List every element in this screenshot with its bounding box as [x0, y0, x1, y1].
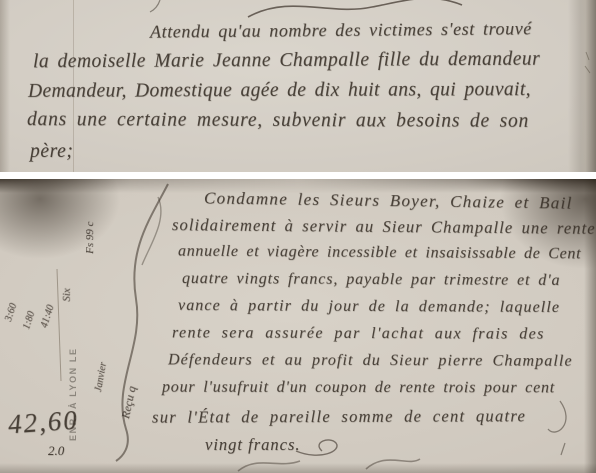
manuscript-line: sur l'État de pareille somme de cent qua… — [152, 406, 526, 427]
manuscript-line: Défendeurs et au profit du Sieur pierre … — [168, 351, 573, 370]
manuscript-line: Attendu qu'au nombre des victimes s'est … — [150, 18, 532, 42]
margin-amount: 1:80 — [21, 310, 37, 331]
manuscript-line: annuelle et viagère incessible et insais… — [178, 243, 581, 264]
manuscript-scan: Attendu qu'au nombre des victimes s'est … — [0, 0, 596, 473]
manuscript-line: dans une certaine mesure, subvenir aux b… — [27, 109, 529, 133]
manuscript-line: Demandeur, Domestique agée de dix huit a… — [28, 79, 531, 103]
manuscript-line: père; — [30, 141, 73, 163]
manuscript-line: rente sera assurée par l'achat aux frais… — [172, 324, 545, 343]
margin-amount: 41:40 — [39, 304, 57, 330]
margin-big-amount: 42,60 — [7, 405, 80, 441]
photo-separator — [0, 172, 596, 179]
manuscript-line: Condamne les Sieurs Boyer, Chaize et Bai… — [204, 188, 573, 213]
top-photo-left-shadow — [0, 0, 10, 172]
manuscript-line: vance à partir du jour de la demande; la… — [178, 297, 560, 317]
margin-fee-figures: Fs 99 c — [84, 222, 96, 254]
margin-amount: 3:60 — [3, 302, 19, 323]
top-photo-right-page-edge — [568, 0, 596, 172]
manuscript-line: vingt francs. — [205, 435, 301, 455]
manuscript-line: solidairement à servir au Sieur Champall… — [172, 215, 596, 239]
manuscript-line: la demoiselle Marie Jeanne Champalle fil… — [33, 49, 540, 74]
bottom-photo-bottom-shadow — [0, 463, 596, 473]
stamp-receipt-note: Reçu q — [118, 385, 140, 420]
bottom-photo: 3:60 1:80 41:40 Six Fs 99 c ENR. À LYON … — [0, 179, 596, 473]
margin-fee-word: Six — [61, 288, 73, 301]
manuscript-line: pour l'usufruit d'un coupon de rente tro… — [162, 379, 555, 398]
stamp-month-note: Janvier — [93, 361, 109, 392]
bottom-photo-topleft-vignette — [0, 179, 120, 259]
top-photo: Attendu qu'au nombre des victimes s'est … — [0, 0, 596, 172]
margin-big-amount-sub: 2.0 — [48, 443, 64, 459]
manuscript-line: quatre vingts francs, payable par trimes… — [182, 270, 561, 290]
